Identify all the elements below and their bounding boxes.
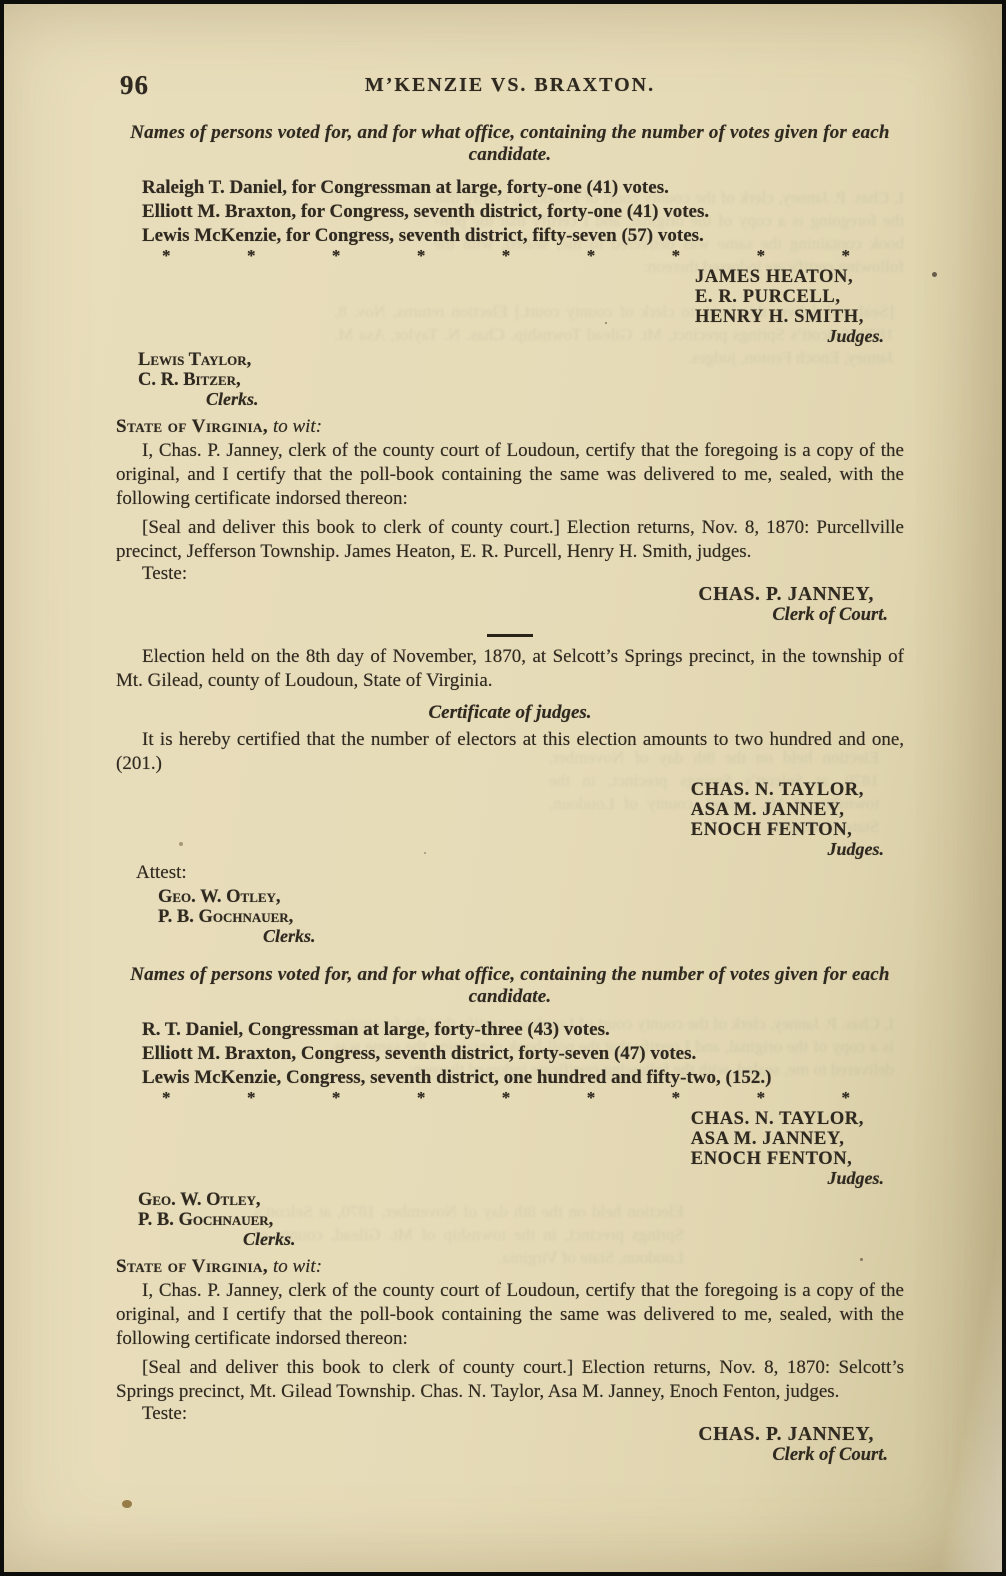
certification-paragraph: I, Chas. P. Janney, clerk of the county …	[116, 439, 904, 511]
judges-label: Judges.	[711, 840, 884, 859]
clerk-name: P. B. Gochnauer,	[138, 1210, 904, 1230]
clerks-signature-block: Lewis Taylor, C. R. Bitzer, Clerks.	[138, 350, 904, 409]
attest-label: Attest:	[136, 863, 904, 883]
vote-line: Raleigh T. Daniel, for Congressman at la…	[142, 176, 904, 200]
asterisk: *	[757, 1090, 766, 1105]
asterisk: *	[247, 1090, 256, 1105]
asterisk: *	[502, 248, 511, 263]
judge-name: HENRY H. SMITH,	[695, 307, 864, 327]
clerk-of-court-label: Clerk of Court.	[712, 606, 888, 625]
clerk-name: P. B. Gochnauer,	[158, 907, 904, 927]
judge-name: E. R. PURCELL,	[695, 287, 864, 307]
judge-name: CHAS. N. TAYLOR,	[691, 1109, 864, 1129]
judge-name: CHAS. N. TAYLOR,	[691, 780, 864, 800]
judge-name: ENOCH FENTON,	[691, 820, 864, 840]
seal-paragraph: [Seal and deliver this book to clerk of …	[116, 1356, 904, 1404]
state-of-virginia-heading: State of Virginia, to wit:	[116, 1257, 904, 1277]
judges-label: Judges.	[711, 1169, 884, 1188]
clerk-of-court-label: Clerk of Court.	[712, 1446, 888, 1465]
clerk-name: Lewis Taylor,	[138, 350, 904, 370]
clerk-name: Geo. W. Otley,	[138, 1190, 904, 1210]
clerks-label: Clerks.	[263, 927, 904, 946]
election-intro-paragraph: Election held on the 8th day of November…	[116, 645, 904, 693]
clerk-name: Geo. W. Otley,	[158, 887, 904, 907]
asterisk: *	[672, 248, 681, 263]
asterisk: *	[247, 248, 256, 263]
asterisk: *	[587, 1090, 596, 1105]
asterisk-separator: *********	[162, 1090, 850, 1105]
asterisk: *	[502, 1090, 511, 1105]
clerk-signature-block: CHAS. P. JANNEY, Clerk of Court.	[698, 584, 874, 625]
judges-label: Judges.	[715, 327, 884, 346]
teste-label: Teste:	[142, 1404, 904, 1424]
vote-line: Elliott M. Braxton, for Congress, sevent…	[142, 200, 904, 224]
judges-signature-block: JAMES HEATON, E. R. PURCELL, HENRY H. SM…	[695, 267, 864, 346]
asterisk: *	[672, 1090, 681, 1105]
scanned-document-page: I, Chas. P. Janney, clerk of the county …	[0, 0, 1006, 1576]
to-wit: to wit:	[273, 416, 322, 437]
voted-for-heading: Names of persons voted for, and for what…	[116, 122, 904, 166]
page-title: M’KENZIE VS. BRAXTON.	[116, 74, 904, 97]
asterisk: *	[842, 1090, 851, 1105]
certification-paragraph: I, Chas. P. Janney, clerk of the county …	[116, 1279, 904, 1351]
judge-name: ASA M. JANNEY,	[691, 800, 864, 820]
clerk-signature-block: CHAS. P. JANNEY, Clerk of Court.	[698, 1424, 874, 1465]
seal-paragraph: [Seal and deliver this book to clerk of …	[116, 516, 904, 564]
asterisk: *	[757, 248, 766, 263]
asterisk: *	[332, 248, 341, 263]
state-name: State of Virginia,	[116, 1256, 268, 1277]
to-wit: to wit:	[273, 1256, 322, 1277]
teste-label: Teste:	[142, 564, 904, 584]
page-header: 96 M’KENZIE VS. BRAXTON.	[116, 74, 904, 104]
paper-speck	[122, 1500, 132, 1508]
asterisk: *	[417, 1090, 426, 1105]
vote-line: R. T. Daniel, Congressman at large, fort…	[142, 1018, 904, 1042]
vote-line: Elliott M. Braxton, Congress, seventh di…	[142, 1042, 904, 1066]
vote-results-list: Raleigh T. Daniel, for Congressman at la…	[142, 176, 904, 248]
voted-for-heading: Names of persons voted for, and for what…	[116, 964, 904, 1008]
asterisk: *	[332, 1090, 341, 1105]
vote-line: Lewis McKenzie, Congress, seventh distri…	[142, 1066, 904, 1090]
clerks-signature-block: Geo. W. Otley, P. B. Gochnauer, Clerks.	[138, 1190, 904, 1249]
vote-results-list: R. T. Daniel, Congressman at large, fort…	[142, 1018, 904, 1090]
asterisk: *	[417, 248, 426, 263]
asterisk: *	[587, 248, 596, 263]
vote-line: Lewis McKenzie, for Congress, seventh di…	[142, 224, 904, 248]
clerk-signature-name: CHAS. P. JANNEY,	[698, 584, 874, 606]
state-name: State of Virginia,	[116, 416, 268, 437]
judge-name: ASA M. JANNEY,	[691, 1129, 864, 1149]
judges-signature-block: CHAS. N. TAYLOR, ASA M. JANNEY, ENOCH FE…	[691, 1109, 864, 1188]
clerks-signature-block: Geo. W. Otley, P. B. Gochnauer, Clerks.	[158, 887, 904, 946]
certificate-of-judges-heading: Certificate of judges.	[116, 703, 904, 723]
electors-count-paragraph: It is hereby certified that the number o…	[116, 728, 904, 776]
judge-name: JAMES HEATON,	[695, 267, 864, 287]
clerk-name: C. R. Bitzer,	[138, 370, 904, 390]
judge-name: ENOCH FENTON,	[691, 1149, 864, 1169]
clerks-label: Clerks.	[243, 1230, 904, 1249]
judges-signature-block: CHAS. N. TAYLOR, ASA M. JANNEY, ENOCH FE…	[691, 780, 864, 859]
asterisk: *	[842, 248, 851, 263]
state-of-virginia-heading: State of Virginia, to wit:	[116, 417, 904, 437]
asterisk-separator: *********	[162, 248, 850, 263]
asterisk: *	[162, 248, 171, 263]
clerks-label: Clerks.	[206, 390, 904, 409]
clerk-signature-name: CHAS. P. JANNEY,	[698, 1424, 874, 1446]
asterisk: *	[162, 1090, 171, 1105]
section-divider	[487, 634, 533, 637]
